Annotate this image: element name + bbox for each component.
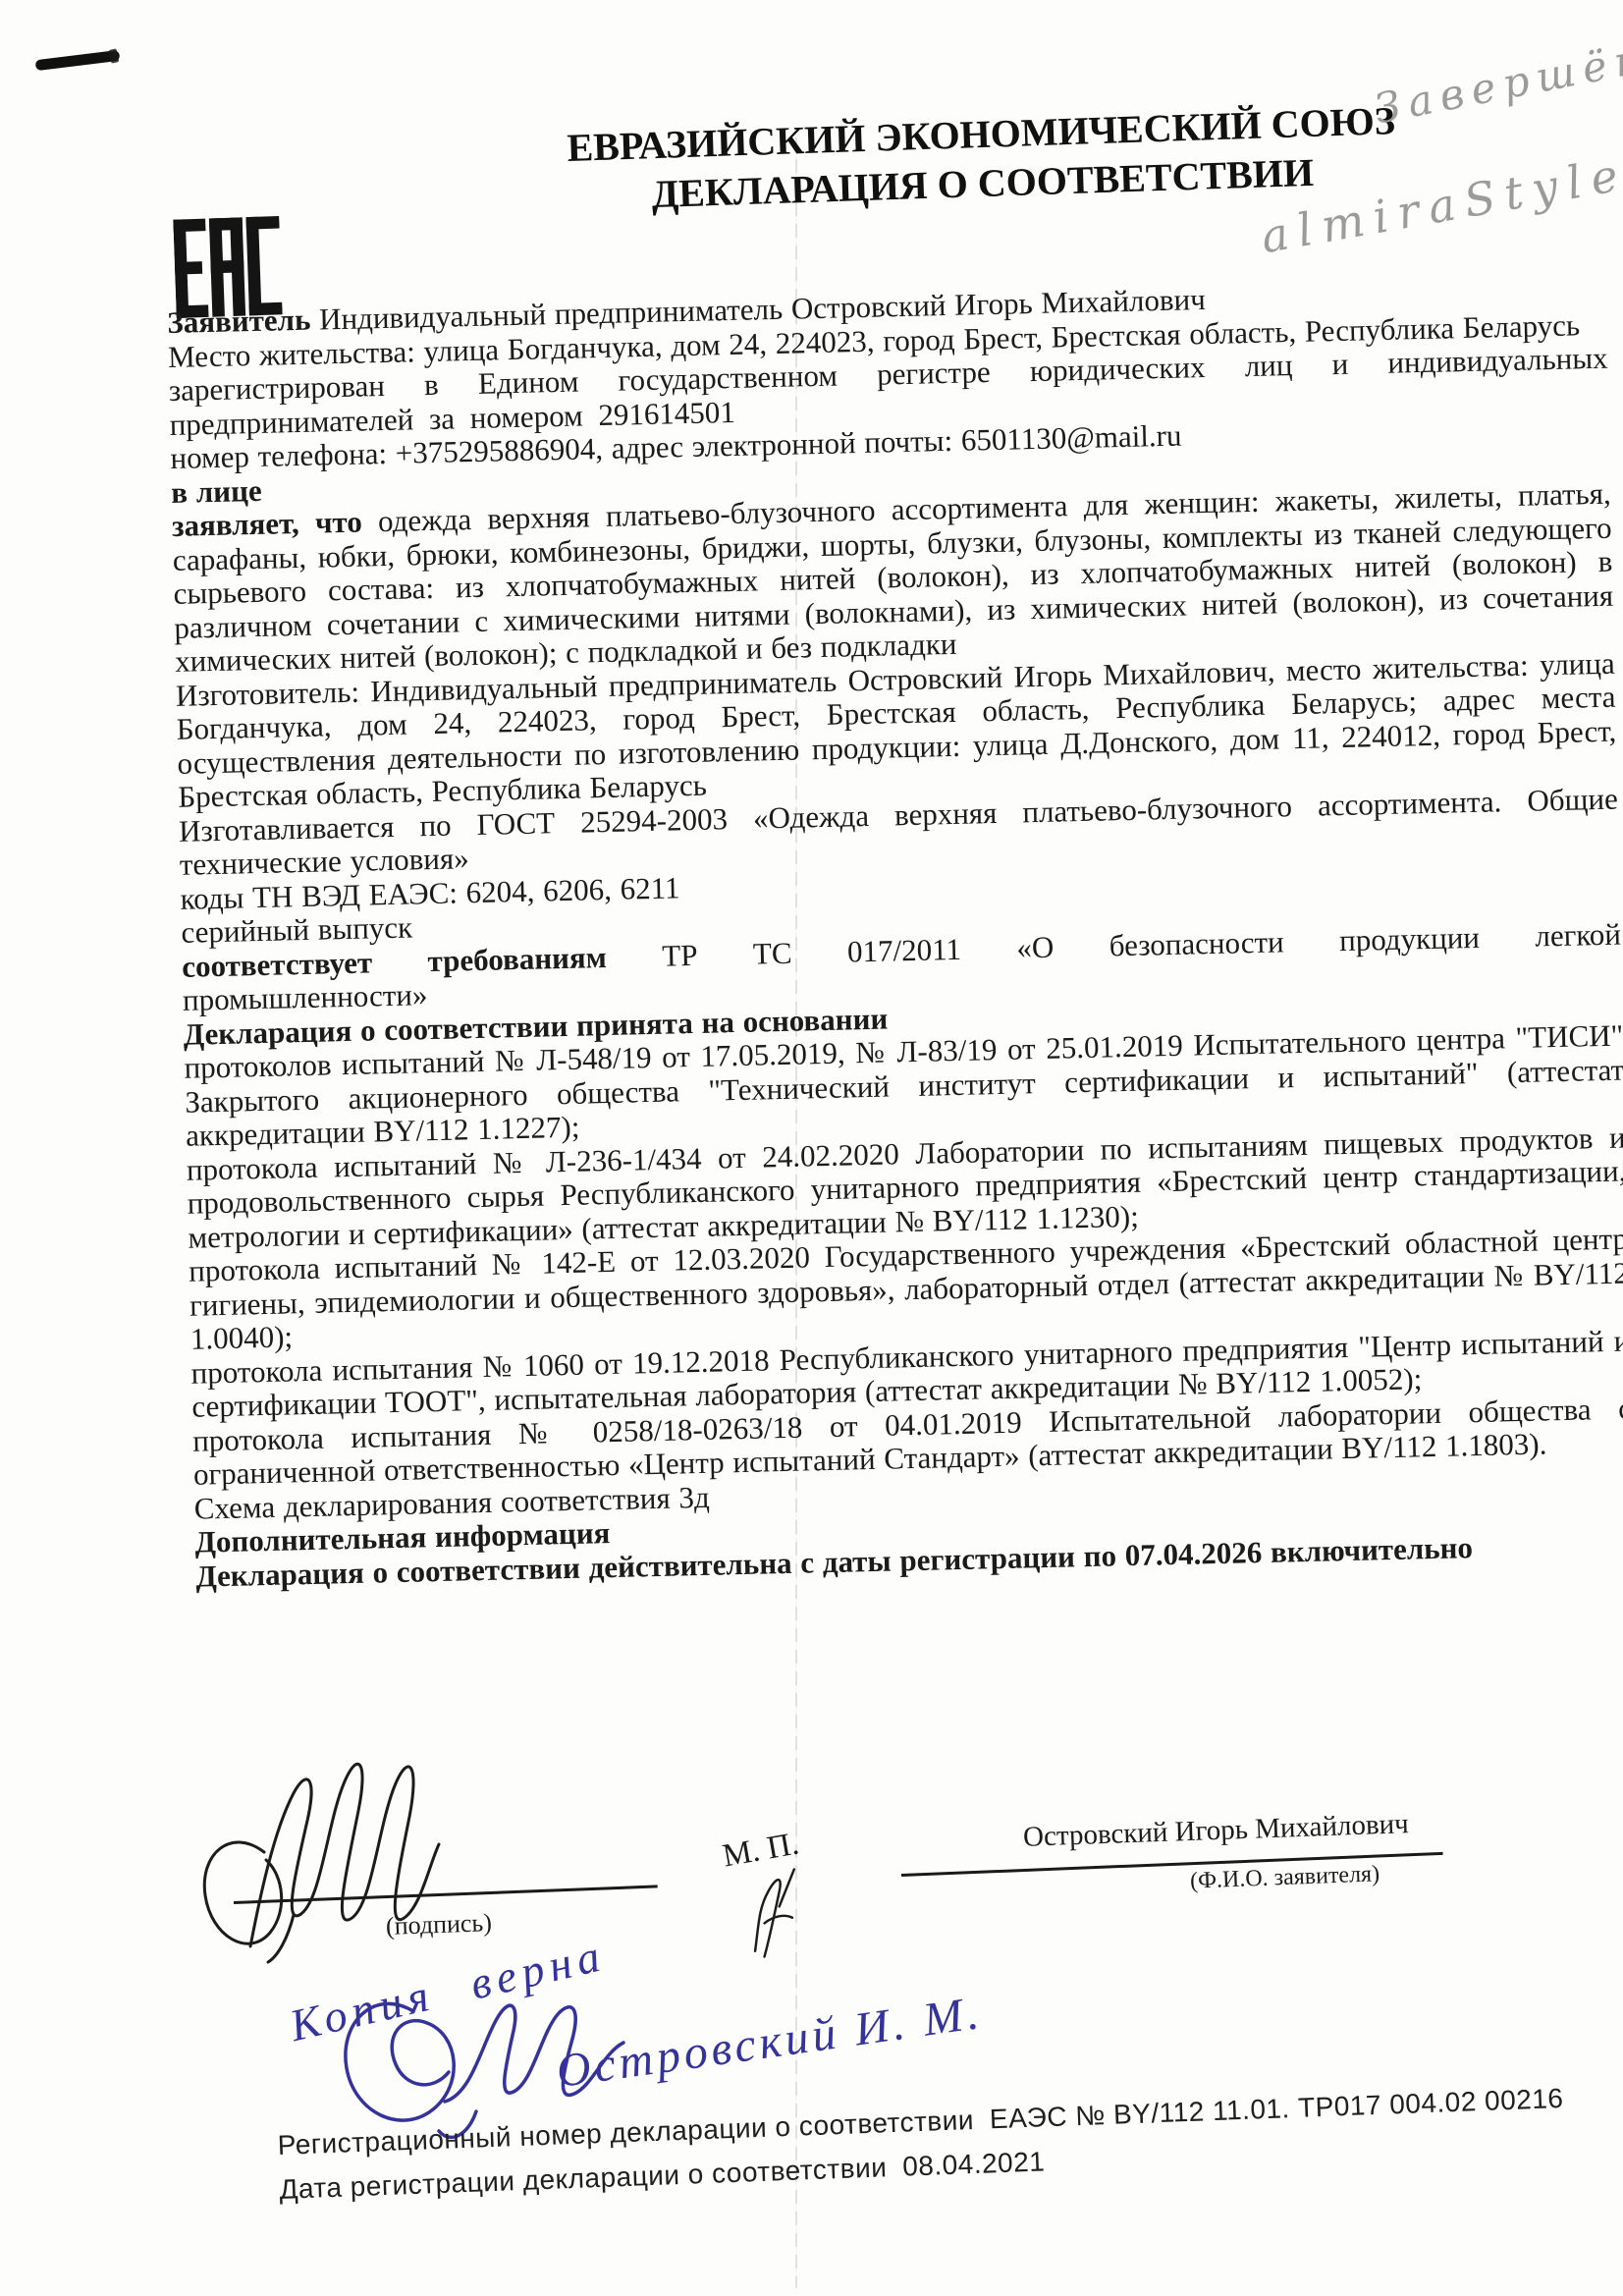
applicant-name: Островский Игорь Михайлович bbox=[1023, 1810, 1410, 1852]
applicant-name-caption: (Ф.И.О. заявителя) bbox=[1190, 1862, 1380, 1892]
stamp-place-mark bbox=[725, 1862, 823, 1964]
declaration-body: Заявитель Индивидуальный предприниматель… bbox=[167, 274, 1623, 1594]
registration-date-value: 08.04.2021 bbox=[902, 2146, 1046, 2181]
scanned-declaration-page: ЕВРАЗИЙСКИЙ ЭКОНОМИЧЕСКИЙ СОЮЗ ДЕКЛАРАЦИ… bbox=[0, 0, 1623, 2296]
document-title: ЕВРАЗИЙСКИЙ ЭКОНОМИЧЕСКИЙ СОЮЗ ДЕКЛАРАЦИ… bbox=[549, 95, 1416, 222]
scan-mark-dash bbox=[35, 50, 121, 71]
signature-caption: (подпись) bbox=[386, 1910, 493, 1940]
pencil-note-completed: Завершён bbox=[1372, 36, 1623, 130]
product-declaration-line: заявляет, что одежда верхняя платьево-бл… bbox=[172, 477, 1615, 680]
